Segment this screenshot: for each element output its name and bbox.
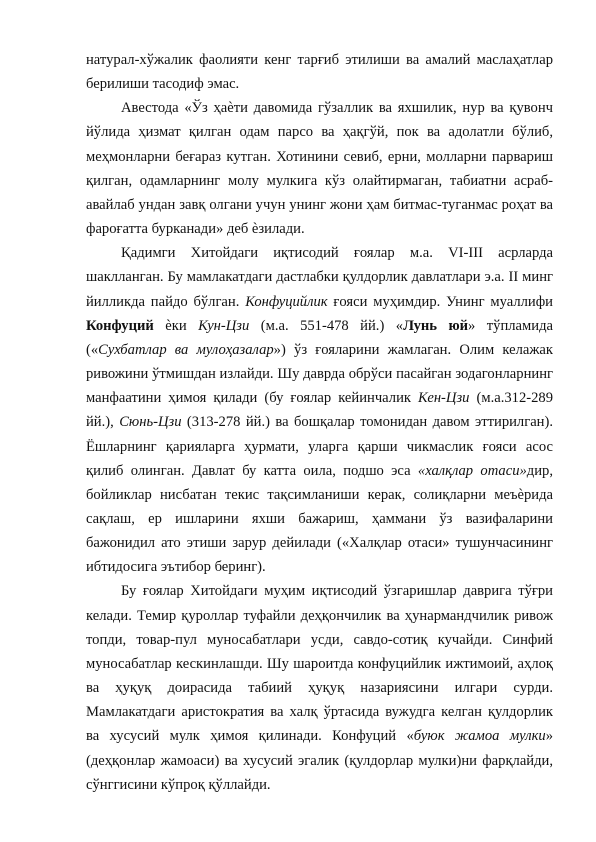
text-run: Авестода «Ўз ҳаѐти давомида гўзаллик ва …	[86, 100, 553, 237]
italic-term: Сухбатлар ва мулоҳазалар	[98, 342, 274, 358]
paragraph-2: Авестода «Ўз ҳаѐти давомида гўзаллик ва …	[86, 96, 553, 241]
bold-term: Конфуций	[86, 318, 154, 334]
paragraph-4: Бу ғоялар Хитойдаги муҳим иқтисодий ўзга…	[86, 579, 553, 796]
italic-term: буюк жамоа мулки	[414, 728, 546, 744]
text-run: ѐки	[154, 318, 198, 334]
text-run: Бу ғоялар Хитойдаги муҳим иқтисодий ўзга…	[86, 583, 553, 744]
italic-term: Конфуцийлик	[245, 294, 327, 310]
italic-term: Кун-Цзи	[198, 318, 249, 334]
italic-term: Кен-Цзи	[418, 390, 469, 406]
italic-term: Сюнь-Цзи	[119, 414, 181, 430]
text-run: натурал-хўжалик фаолияти кенг тарғиб эти…	[86, 52, 553, 92]
text-run: дир, бойликлар нисбатан текис тақсимлани…	[86, 463, 553, 576]
text-run: (м.а. 551-478 йй.) «	[249, 318, 403, 334]
paragraph-3: Қадимги Хитойдаги иқтисодий ғоялар м.а. …	[86, 241, 553, 579]
italic-term: «халқлар отаси»	[418, 463, 527, 479]
paragraph-1: натурал-хўжалик фаолияти кенг тарғиб эти…	[86, 48, 553, 96]
text-run: ғояси муҳимдир. Унинг муаллифи	[328, 294, 553, 310]
document-page: натурал-хўжалик фаолияти кенг тарғиб эти…	[86, 48, 553, 797]
bold-term: Лунь юй	[403, 318, 468, 334]
